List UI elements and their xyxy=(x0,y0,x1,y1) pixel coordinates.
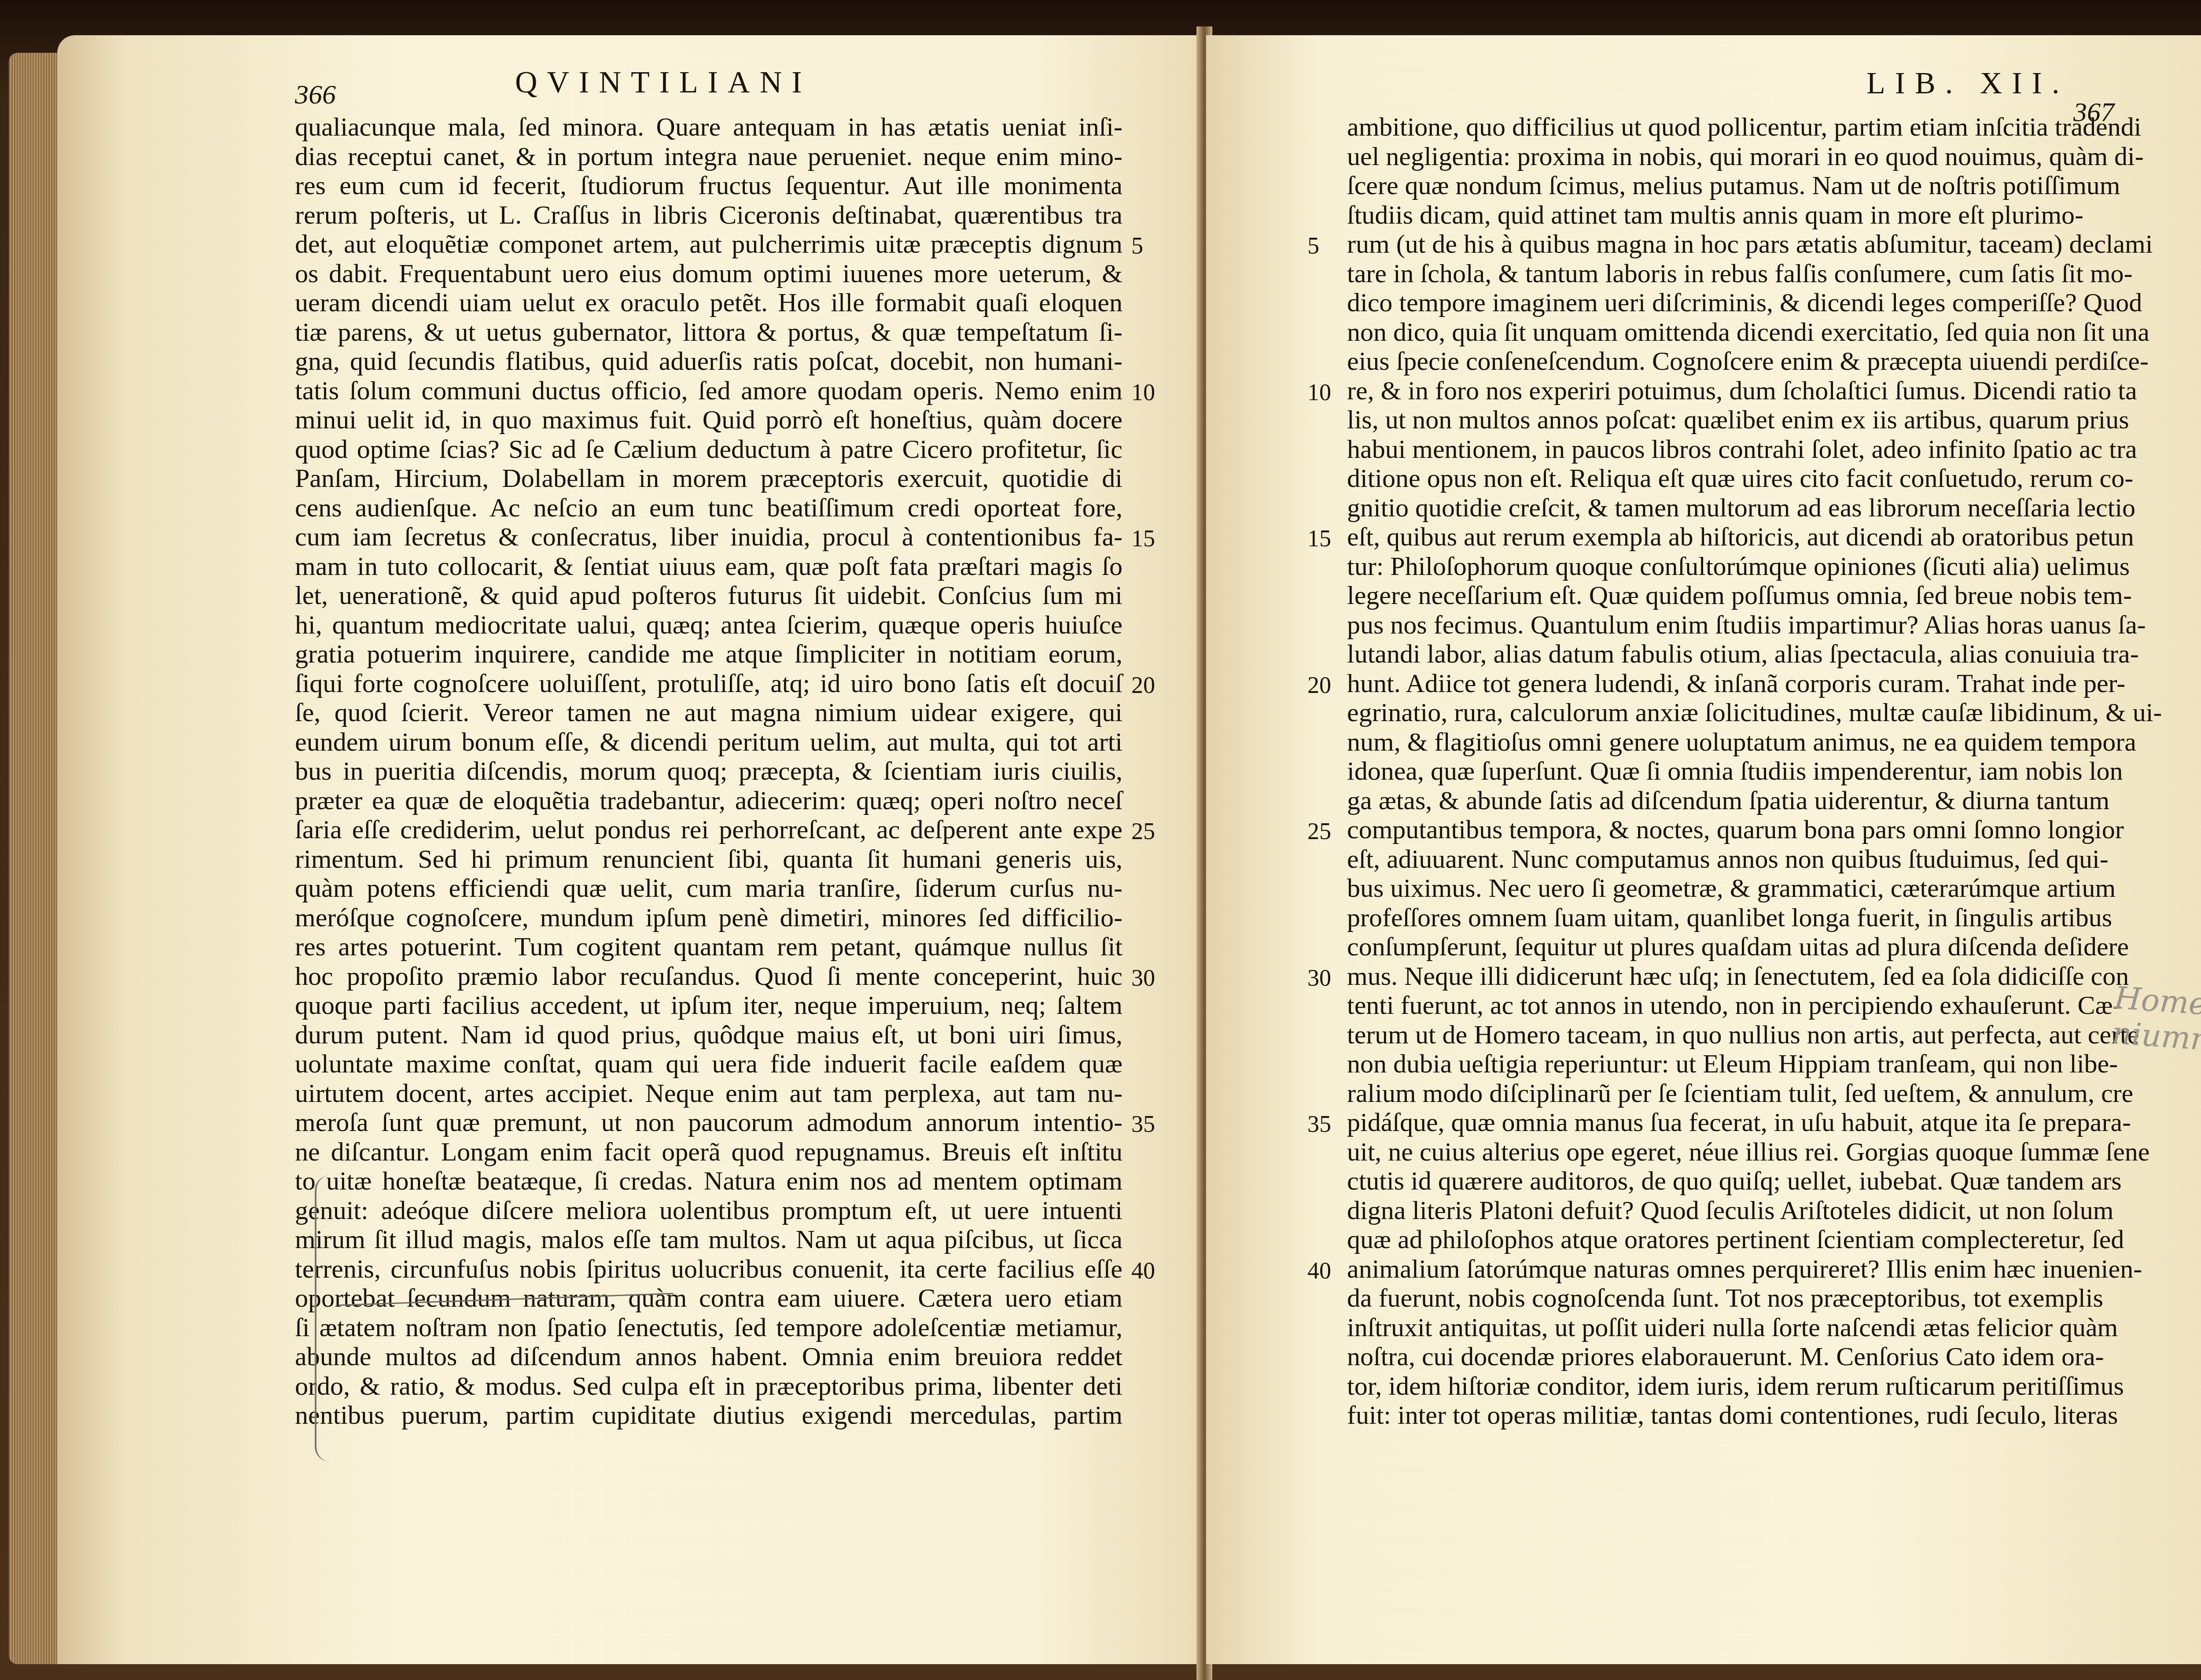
text-line: ordo, & ratio, & modus. Sed culpa eſt in… xyxy=(295,1371,1123,1401)
text-line: ſiqui forte cognoſcere uoluiſſent, protu… xyxy=(295,669,1123,698)
text-line: tare in ſchola, & tantum laboris in rebu… xyxy=(1347,259,2082,288)
line-number: 30 xyxy=(1131,964,1155,991)
text-line: hi, quantum mediocritate ualui, quæq; an… xyxy=(295,610,1123,640)
text-line: profeſſores omnem ſuam uitam, quanlibet … xyxy=(1347,903,2082,932)
text-line: ga ætas, & abunde ſatis ad diſcendum ſpa… xyxy=(1347,786,2082,815)
text-line: animalium ſatorúmque naturas omnes perqu… xyxy=(1347,1254,2082,1284)
text-line: ditione opus non eſt. Reliqua eſt quæ ui… xyxy=(1347,464,2082,493)
text-line: tur: Philoſophorum quoque conſultorúmque… xyxy=(1347,552,2082,581)
text-line: inſtruxit antiquitas, ut poſſit uideri n… xyxy=(1347,1313,2082,1342)
text-line: tatis ſolum communi ductus officio, ſed … xyxy=(295,376,1123,405)
text-line: res artes potuerint. Tum cogitent quanta… xyxy=(295,932,1123,962)
text-line: computantibus tempora, & noctes, quarum … xyxy=(1347,815,2082,844)
text-line: let, uenerationẽ, & quid apud poſteros f… xyxy=(295,581,1123,610)
text-line: os dabit. Frequentabunt uero eius domum … xyxy=(295,259,1123,288)
text-line: abunde multos ad diſcendum annos habent.… xyxy=(295,1342,1123,1371)
line-number: 10 xyxy=(1307,379,1331,406)
text-line: ctutis id quærere auditoros, de quo quiſ… xyxy=(1347,1166,2082,1196)
text-line: digna literis Platoni defuit? Quod ſecul… xyxy=(1347,1196,2082,1225)
text-line: mirum ſit illud magis, malos eſſe tam mu… xyxy=(295,1225,1123,1254)
line-number: 40 xyxy=(1307,1257,1331,1284)
text-line: dias receptui canet, & in portum integra… xyxy=(295,142,1123,171)
running-head: LIB. XII. xyxy=(1866,66,2069,101)
line-number: 40 xyxy=(1131,1257,1155,1284)
text-line: eundem uirum bonum eſſe, & dicendi perit… xyxy=(295,727,1123,757)
line-number: 20 xyxy=(1307,671,1331,699)
text-line: præter ea quæ de eloquẽtia tradebantur, … xyxy=(295,786,1123,815)
text-line: hunt. Adiice tot genera ludendi, & inſan… xyxy=(1347,669,2082,698)
text-line: habui mentionem, in paucos libros contra… xyxy=(1347,435,2082,464)
text-line: eſt, adiuuarent. Nunc computamus annos n… xyxy=(1347,844,2082,874)
text-line: uit, ne cuius alterius ope egeret, néue … xyxy=(1347,1137,2082,1167)
text-line: da fuerunt, nobis cognoſcenda ſunt. Tot … xyxy=(1347,1283,2082,1313)
line-number: 20 xyxy=(1131,671,1155,699)
text-line: nentibus puerum, partim cupiditate diuti… xyxy=(295,1400,1123,1430)
text-line: terum ut de Homero taceam, in quo nulliu… xyxy=(1347,1020,2082,1050)
text-line: qualiacunque mala, ſed minora. Quare ant… xyxy=(295,112,1123,142)
text-line: pidáſque, quæ omnia manus ſua fecerat, i… xyxy=(1347,1108,2082,1137)
text-line: genuit: adeóque diſcere meliora uolentib… xyxy=(295,1196,1123,1225)
text-line: cum iam ſecretus & conſecratus, liber in… xyxy=(295,522,1123,552)
text-line: oportebat ſecundum naturam, quàm contra … xyxy=(295,1283,1123,1313)
text-line: uirtutem docent, artes accipiet. Neque e… xyxy=(295,1079,1123,1108)
body-text: qualiacunque mala, ſed minora. Quare ant… xyxy=(295,112,1123,1430)
left-page: 366 QVINTILIANI qualiacunque mala, ſed m… xyxy=(57,35,1202,1664)
text-line: tor, idem hiſtoriæ conditor, idem iuris,… xyxy=(1347,1371,2082,1401)
text-line: ne diſcantur. Longam enim facit operã qu… xyxy=(295,1137,1123,1167)
text-line: eius ſpecie conſeneſcendum. Cognoſcere e… xyxy=(1347,346,2082,376)
text-line: quoque parti facilius accedent, ut ipſum… xyxy=(295,991,1123,1020)
text-line: gna, quid ſecundis flatibus, quid aduerſ… xyxy=(295,346,1123,376)
text-line: gnitio quotidie creſcit, & tamen multoru… xyxy=(1347,493,2082,523)
right-page: LIB. XII. 367 ambitione, quo difficilius… xyxy=(1206,35,2201,1664)
text-line: terrenis, circunfuſus nobis ſpiritus uol… xyxy=(295,1254,1123,1284)
text-line: idonea, quæ ſuperſunt. Quæ ſi omnia ſtud… xyxy=(1347,756,2082,786)
open-book: 366 QVINTILIANI qualiacunque mala, ſed m… xyxy=(0,0,2201,1680)
line-number: 15 xyxy=(1307,525,1331,552)
text-line: bus in pueritia diſcendis, morum quoq; p… xyxy=(295,756,1123,786)
text-line: rerum poſteris, ut L. Craſſus in libris … xyxy=(295,200,1123,230)
text-line: ſaria eſſe crediderim, uelut pondus rei … xyxy=(295,815,1123,844)
text-line: ſe, quod ſcierit. Vereor tamen ne aut ma… xyxy=(295,698,1123,727)
text-line: ſtudiis dicam, quid attinet tam multis a… xyxy=(1347,200,2082,230)
line-number: 35 xyxy=(1131,1110,1155,1138)
text-line: conſumpſerunt, ſequitur ut plures quaſda… xyxy=(1347,932,2082,962)
text-line: lutandi labor, alias datum fabulis otium… xyxy=(1347,639,2082,669)
handwritten-margin-note: Homerū on niumnisse xyxy=(2111,980,2201,1062)
line-number: 25 xyxy=(1131,818,1155,845)
text-line: fuit: inter tot operas militiæ, tantas d… xyxy=(1347,1400,2082,1430)
text-line: eſt, quibus aut rerum exempla ab hiſtori… xyxy=(1347,522,2082,552)
text-line: det, aut eloquẽtiæ componet artem, aut p… xyxy=(295,229,1123,259)
text-line: re, & in foro nos experiri potuimus, dum… xyxy=(1347,376,2082,405)
text-line: egrinatio, rura, calculorum anxiæ ſolici… xyxy=(1347,698,2082,727)
text-line: legere neceſſarium eſt. Quæ quidem poſſu… xyxy=(1347,581,2082,610)
text-line: num, & flagitioſus omni genere uoluptatu… xyxy=(1347,727,2082,757)
text-line: rimentum. Sed hi primum renuncient ſibi,… xyxy=(295,844,1123,874)
text-line: meróſque cognoſcere, mundum ipſum penè d… xyxy=(295,903,1123,932)
text-line: uel negligentia: proxima in nobis, qui m… xyxy=(1347,142,2082,171)
line-number: 5 xyxy=(1131,232,1143,259)
text-line: ralium modo diſciplinarũ per ſe ſcientia… xyxy=(1347,1079,2082,1108)
text-line: dico tempore imaginem ueri diſcriminis, … xyxy=(1347,288,2082,317)
line-number: 35 xyxy=(1307,1110,1331,1138)
text-line: tenti fuerunt, ac tot annos in utendo, n… xyxy=(1347,991,2082,1020)
line-number: 25 xyxy=(1307,818,1331,845)
text-line: ſi ætatem noſtram non ſpatio ſenectutis,… xyxy=(295,1313,1123,1342)
text-line: ambitione, quo difficilius ut quod polli… xyxy=(1347,112,2082,142)
text-line: non dico, quia ſit unquam omittenda dice… xyxy=(1347,317,2082,347)
body-text: ambitione, quo difficilius ut quod polli… xyxy=(1347,112,2082,1430)
text-line: to uitæ honeſtæ beatæque, ſi credas. Nat… xyxy=(295,1166,1123,1196)
line-number: 10 xyxy=(1131,379,1155,406)
line-number: 15 xyxy=(1131,525,1155,552)
page-number: 366 xyxy=(295,79,336,111)
handwritten-bracket xyxy=(315,1175,330,1462)
text-line: durum putent. Nam id quod prius, quôdque… xyxy=(295,1020,1123,1050)
text-line: quàm potens efficiendi quæ uelit, cum ma… xyxy=(295,873,1123,903)
text-line: gratia potuerim inquirere, candide me at… xyxy=(295,639,1123,669)
text-line: ueram dicendi uiam uelut ex oraculo petẽ… xyxy=(295,288,1123,317)
text-line: tiæ parens, & ut uetus gubernator, litto… xyxy=(295,317,1123,347)
text-line: minui uelit id, in quo maximus fuit. Qui… xyxy=(295,405,1123,435)
text-line: res eum cum id fecerit, ſtudiorum fructu… xyxy=(295,171,1123,200)
text-line: uoluntate maxime conſtat, quam qui uera … xyxy=(295,1049,1123,1079)
text-line: pus nos fecimus. Quantulum enim ſtudiis … xyxy=(1347,610,2082,640)
text-line: ſcere quæ nondum ſcimus, melius putamus.… xyxy=(1347,171,2082,200)
text-line: lis, ut non multos annos poſcat: quælibe… xyxy=(1347,405,2082,435)
line-number: 5 xyxy=(1307,232,1319,259)
text-line: bus uiximus. Nec uero ſi geometræ, & gra… xyxy=(1347,873,2082,903)
text-line: rum (ut de his à quibus magna in hoc par… xyxy=(1347,229,2082,259)
text-line: non dubia ueſtigia reperiuntur: ut Eleum… xyxy=(1347,1049,2082,1079)
text-line: hoc propoſito præmio labor recuſandus. Q… xyxy=(295,962,1123,991)
text-line: mus. Neque illi didicerunt hæc uſq; in ſ… xyxy=(1347,962,2082,991)
text-line: quod optime ſcias? Sic ad ſe Cælium dedu… xyxy=(295,435,1123,464)
text-line: quæ ad philoſophos atque oratores pertin… xyxy=(1347,1225,2082,1254)
line-number: 30 xyxy=(1307,964,1331,991)
text-line: cens audienſque. Ac neſcio an eum tunc b… xyxy=(295,493,1123,523)
text-line: mam in tuto collocarit, & ſentiat uiuus … xyxy=(295,552,1123,581)
text-line: Panſam, Hircium, Dolabellam in morem præ… xyxy=(295,464,1123,493)
running-head: QVINTILIANI xyxy=(515,65,812,100)
text-line: meroſa ſunt quæ premunt, ut non paucorum… xyxy=(295,1108,1123,1137)
text-line: noſtra, cui docendæ priores elaborauerun… xyxy=(1347,1342,2082,1371)
